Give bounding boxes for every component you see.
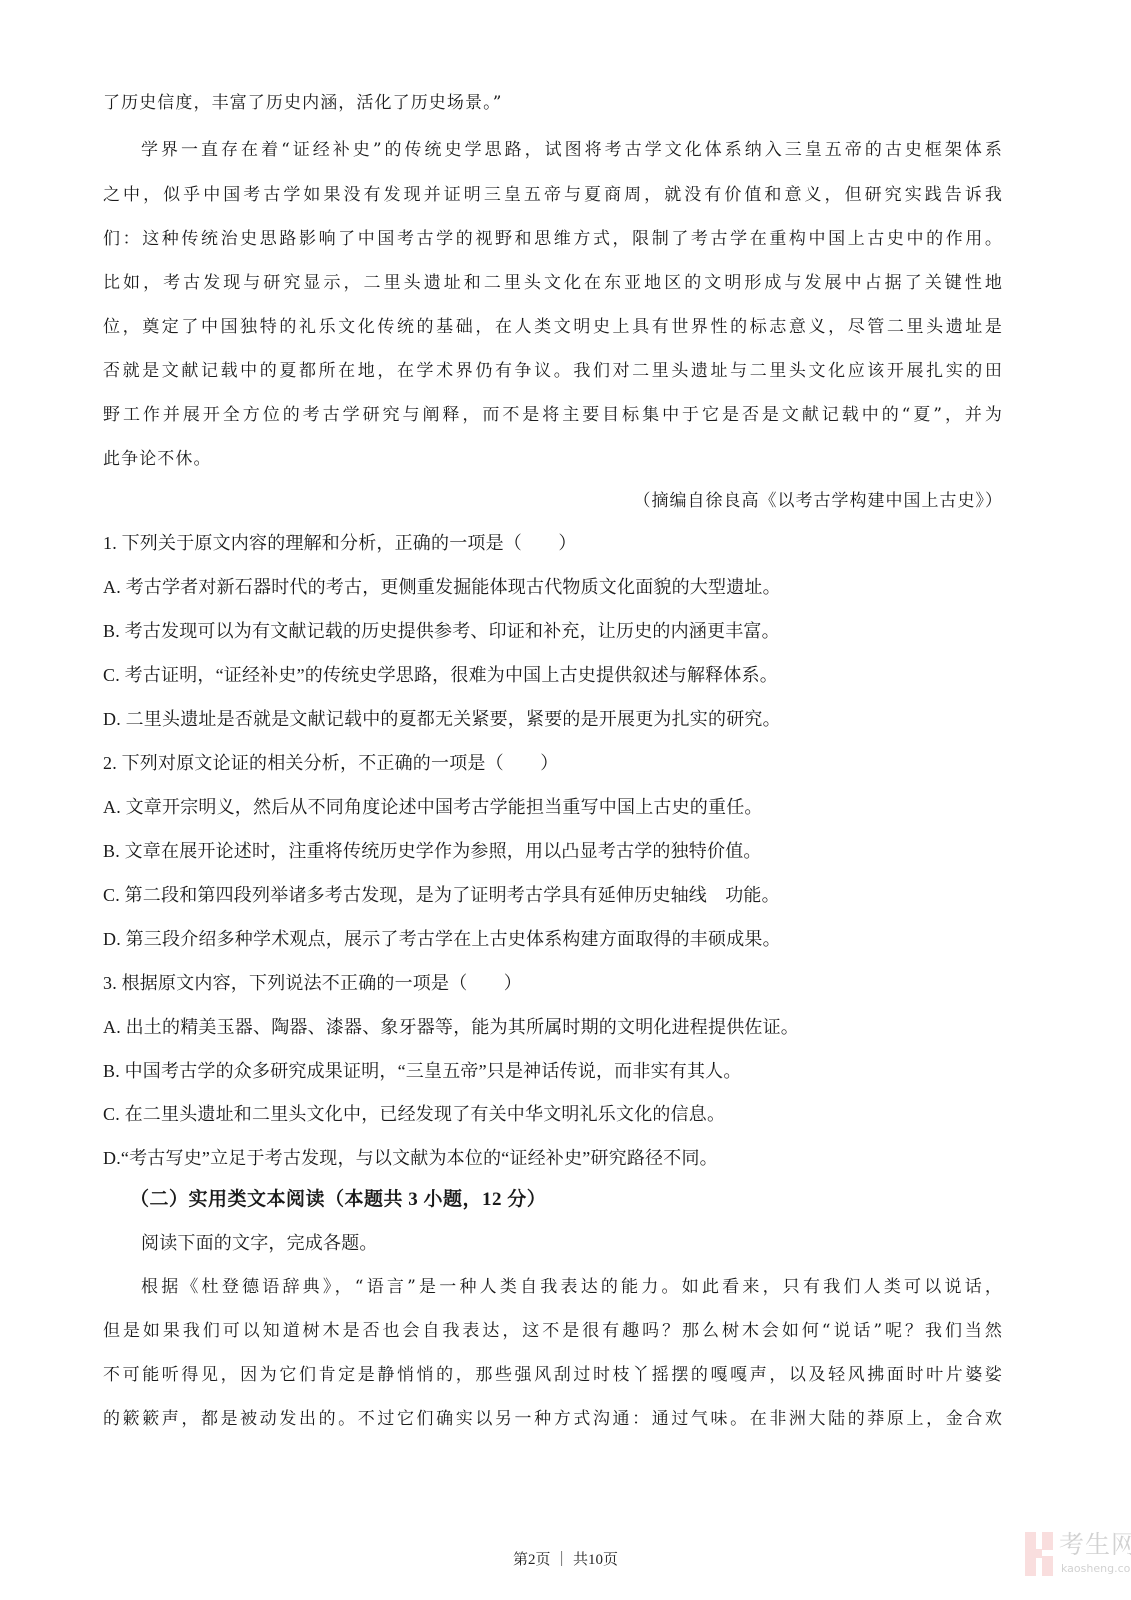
passage-line: 比如，考古发现与研究显示，二里头遗址和二里头文化在东亚地区的文明形成与发展中占据… [103,272,1003,294]
watermark-text: 考生网 [1059,1530,1131,1560]
passage-line: 此争论不休。 [103,448,1003,470]
option-c: C. 第二段和第四段列举诸多考古发现，是为了证明考古学具有延伸历史轴线 功能。 [103,884,1003,906]
option-d: D.“考古写史”立足于考古发现，与以文献为本位的“证经补史”研究路径不同。 [103,1147,1003,1169]
option-b: B. 中国考古学的众多研究成果证明，“三皇五帝”只是神话传说，而非实有其人。 [103,1060,1003,1082]
page-footer: 第2页 ｜ 共10页 [0,1548,1131,1569]
option-d: D. 第三段介绍多种学术观点，展示了考古学在上古史体系构建方面取得的丰硕成果。 [103,928,1003,950]
passage-line: 位，奠定了中国独特的礼乐文化传统的基础，在人类文明史上具有世界性的标志意义，尽管… [103,316,1003,338]
option-a: A. 考古学者对新石器时代的考古，更侧重发掘能体现古代物质文化面貌的大型遗址。 [103,576,1003,598]
document-page: 了历史信度，丰富了历史内涵，活化了历史场景。” 学界一直存在着“证经补史”的传统… [0,0,1131,1600]
question-stem: 3. 根据原文内容，下列说法不正确的一项是（ ） [103,972,1003,994]
option-c: C. 考古证明，“证经补史”的传统史学思路，很难为中国上古史提供叙述与解释体系。 [103,664,1003,686]
option-c: C. 在二里头遗址和二里头文化中，已经发现了有关中华文明礼乐文化的信息。 [103,1103,1003,1125]
passage-line: 但是如果我们可以知道树木是否也会自我表达，这不是很有趣吗？那么树木会如何“说话”… [103,1320,1003,1342]
option-a: A. 出土的精美玉器、陶器、漆器、象牙器等，能为其所属时期的文明化进程提供佐证。 [103,1016,1003,1038]
option-a: A. 文章开宗明义，然后从不同角度论述中国考古学能担当重写中国上古史的重任。 [103,796,1003,818]
watermark: 考生网 kaosheng.com [1025,1530,1125,1580]
passage-line: 了历史信度，丰富了历史内涵，活化了历史场景。” [103,92,1003,114]
question-stem: 2. 下列对原文论证的相关分析，不正确的一项是（ ） [103,752,1003,774]
watermark-subtext: kaosheng.com [1061,1562,1131,1575]
passage-line: 不可能听得见，因为它们肯定是静悄悄的，那些强风刮过时枝丫摇摆的嘎嘎声，以及轻风拂… [103,1364,1003,1386]
passage-line: 的簌簌声，都是被动发出的。不过它们确实以另一种方式沟通：通过气味。在非洲大陆的莽… [103,1408,1003,1430]
passage-line: 们：这种传统治史思路影响了中国考古学的视野和思维方式，限制了考古学在重构中国上古… [103,228,1003,250]
passage-line: 之中，似乎中国考古学如果没有发现并证明三皇五帝与夏商周，就没有价值和意义，但研究… [103,184,1003,206]
passage-line: 否就是文献记载中的夏都所在地，在学术界仍有争议。我们对二里头遗址与二里头文化应该… [103,360,1003,382]
citation: （摘编自徐良高《以考古学构建中国上古史》） [634,490,1004,512]
section-heading: （二）实用类文本阅读（本题共 3 小题，12 分） [130,1188,546,1212]
section-instruction: 阅读下面的文字，完成各题。 [141,1232,1041,1254]
passage-line: 野工作并展开全方位的考古学研究与阐释，而不是将主要目标集中于它是否是文献记载中的… [103,404,1003,426]
passage-line: 学界一直存在着“证经补史”的传统史学思路，试图将考古学文化体系纳入三皇五帝的古史… [141,139,1003,161]
kaosheng-logo-icon [1025,1532,1053,1576]
passage-line: 根据《杜登德语辞典》，“语言”是一种人类自我表达的能力。如此看来，只有我们人类可… [141,1276,1003,1298]
option-d: D. 二里头遗址是否就是文献记载中的夏都无关紧要，紧要的是开展更为扎实的研究。 [103,708,1003,730]
question-stem: 1. 下列关于原文内容的理解和分析，正确的一项是（ ） [103,532,1003,554]
option-b: B. 考古发现可以为有文献记载的历史提供参考、印证和补充，让历史的内涵更丰富。 [103,620,1003,642]
option-b: B. 文章在展开论述时，注重将传统历史学作为参照，用以凸显考古学的独特价值。 [103,840,1003,862]
